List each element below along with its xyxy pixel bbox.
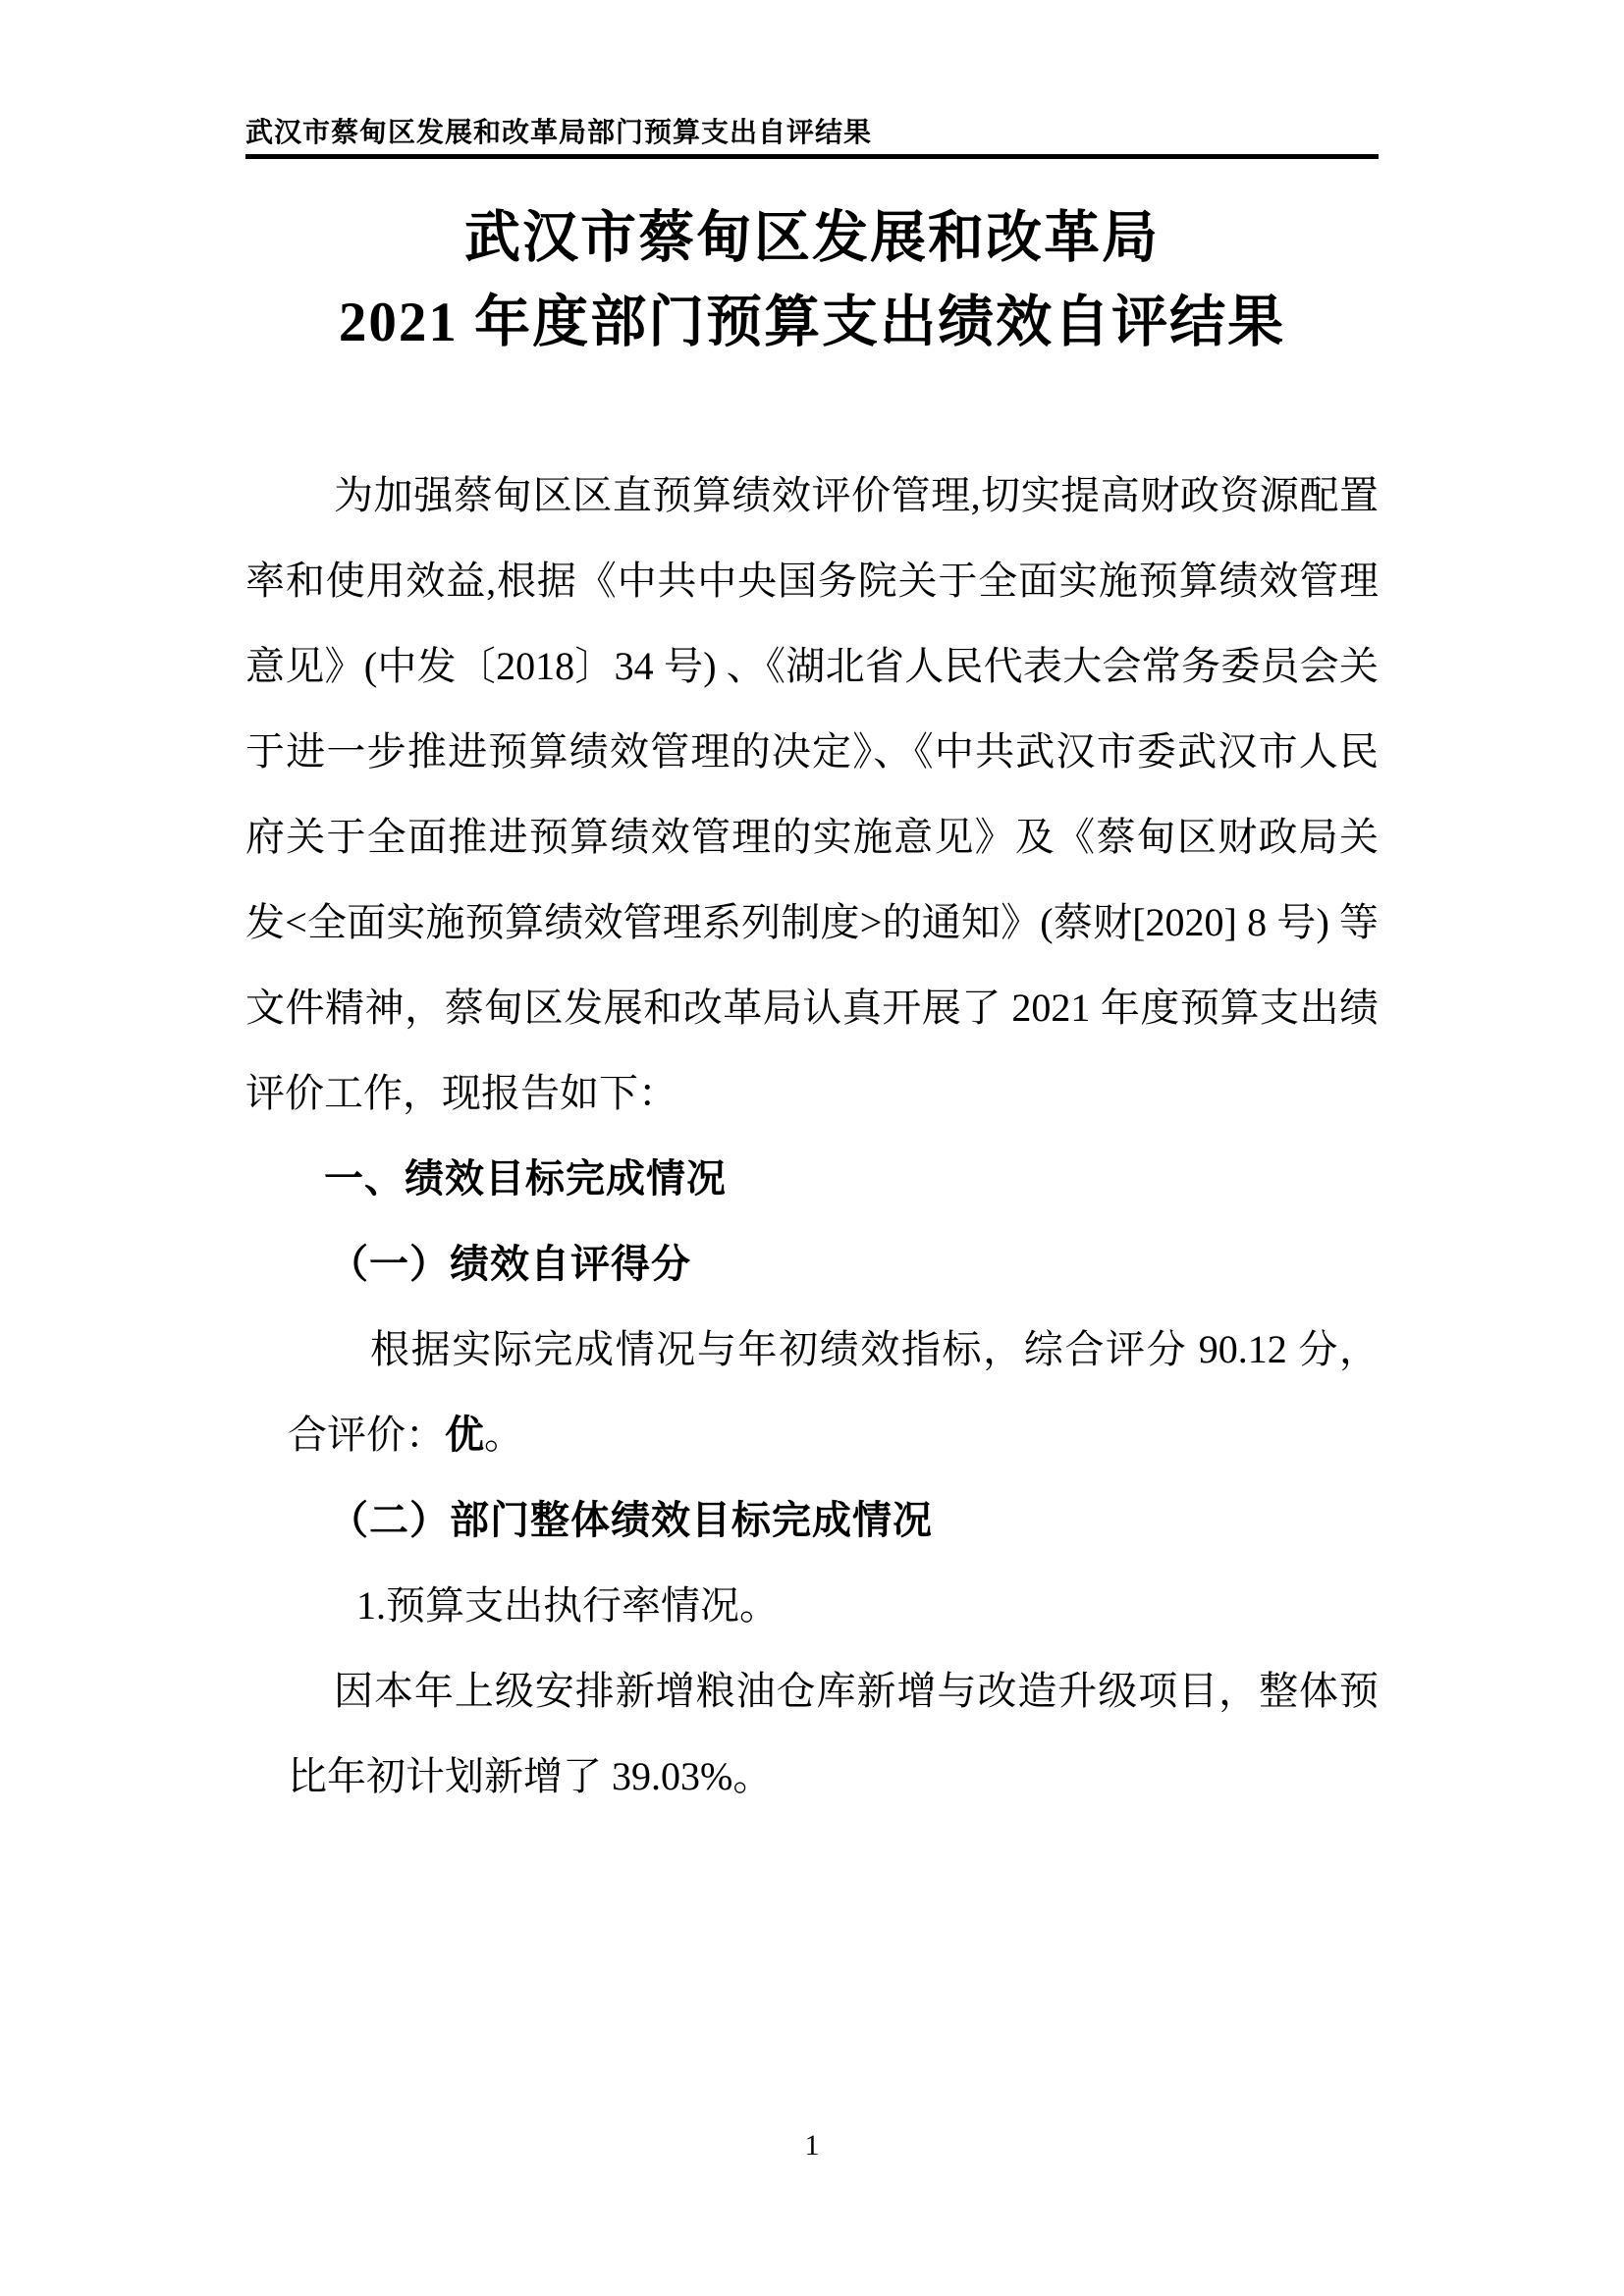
- document-page: 武汉市蔡甸区发展和改革局部门预算支出自评结果 武汉市蔡甸区发展和改革局 2021…: [0, 0, 1624, 2296]
- body-line: 府关于全面推进预算绩效管理的实施意见》及《蔡甸区财政局关于印: [245, 794, 1379, 880]
- body-line: 率和使用效益,根据《中共中央国务院关于全面实施预算绩效管理的: [245, 538, 1379, 623]
- document-title: 武汉市蔡甸区发展和改革局 2021 年度部门预算支出绩效自评结果: [245, 196, 1379, 365]
- body-line: 发<全面实施预算绩效管理系列制度>的通知》(蔡财[2020] 8 号) 等: [245, 880, 1379, 965]
- body-line: 根据实际完成情况与年初绩效指标，综合评分 90.12 分，综: [370, 1307, 1379, 1392]
- section-heading-1: 一、绩效目标完成情况: [324, 1136, 1379, 1221]
- body-line: 因本年上级安排新增粮油仓库新增与改造升级项目，整体预算: [334, 1648, 1379, 1734]
- subsection-heading-2: （二）部门整体绩效目标完成情况: [329, 1477, 1379, 1563]
- body-line: 比年初计划新增了 39.03%。: [288, 1734, 1379, 1819]
- rating-value: 优: [445, 1413, 484, 1457]
- title-line-2: 2021 年度部门预算支出绩效自评结果: [245, 281, 1379, 365]
- body-line: 文件精神，蔡甸区发展和改革局认真开展了 2021 年度预算支出绩效: [245, 965, 1379, 1050]
- body-line: 于进一步推进预算绩效管理的决定》、《中共武汉市委武汉市人民政: [245, 709, 1379, 794]
- page-number: 1: [245, 2128, 1379, 2163]
- running-header: 武汉市蔡甸区发展和改革局部门预算支出自评结果: [245, 116, 1379, 159]
- subsection-heading-1: （一）绩效自评得分: [329, 1221, 1379, 1307]
- body-line: 1.预算支出执行率情况。: [356, 1563, 1379, 1648]
- title-line-1: 武汉市蔡甸区发展和改革局: [245, 196, 1379, 281]
- body-line: 评价工作，现报告如下：: [245, 1050, 1379, 1136]
- body-line-post: 。: [484, 1413, 523, 1457]
- document-body: 为加强蔡甸区区直预算绩效评价管理,切实提高财政资源配置效 率和使用效益,根据《中…: [245, 453, 1379, 1819]
- body-line-pre: 合评价：: [288, 1413, 445, 1457]
- body-line: 为加强蔡甸区区直预算绩效评价管理,切实提高财政资源配置效: [334, 453, 1379, 538]
- body-line: 意见》(中发〔2018〕34 号) 、《湖北省人民代表大会常务委员会关: [245, 623, 1379, 709]
- body-line: 合评价：优。: [288, 1392, 1379, 1477]
